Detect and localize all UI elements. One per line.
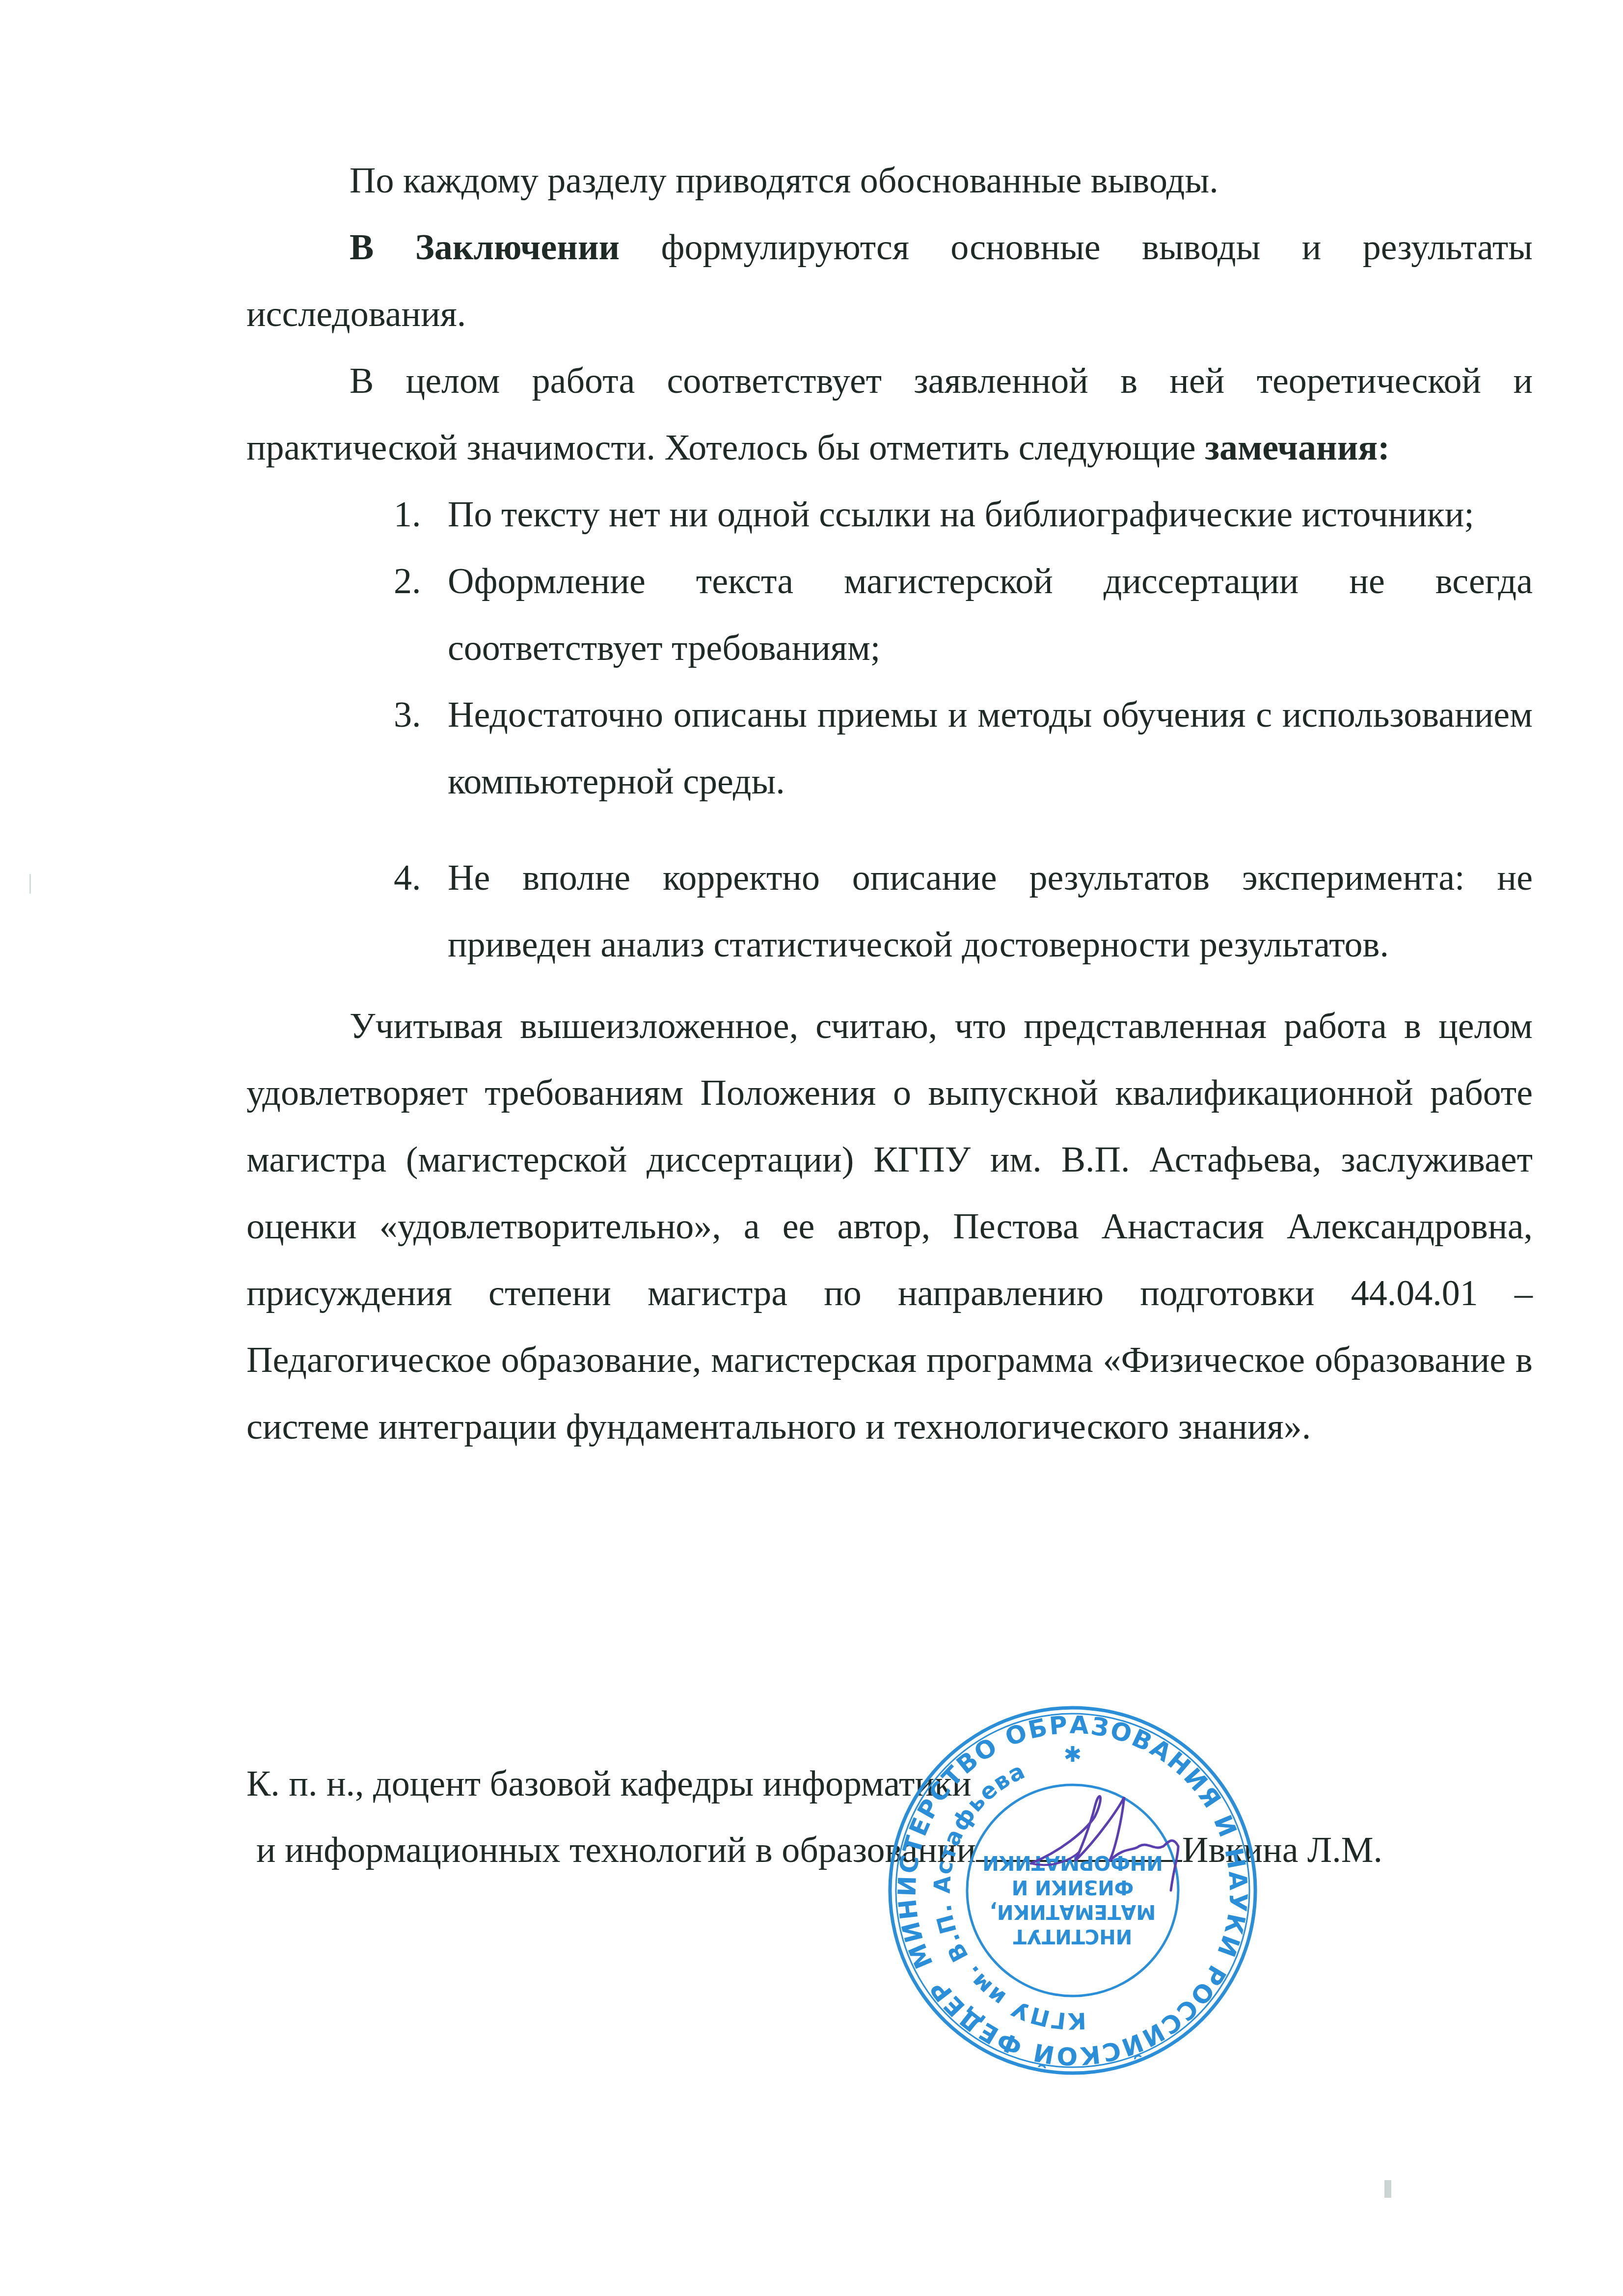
handwritten-signature-icon	[1021, 1777, 1208, 1905]
scan-artifact	[1384, 2180, 1391, 2198]
list-number: 3.	[394, 682, 421, 748]
scanned-page: По каждому разделу приводятся обоснованн…	[0, 0, 1623, 2296]
signature-text: и информационных технологий в образовани…	[256, 1830, 976, 1870]
list-item: 2.Оформление текста магистерской диссерт…	[246, 548, 1533, 682]
list-item: 3.Недостаточно описаны приемы и методы о…	[246, 682, 1533, 815]
list-item: 4.Не вполне корректно описание результат…	[246, 845, 1533, 978]
list-number: 1.	[394, 481, 421, 548]
svg-text:ИНСТИТУТ: ИНСТИТУТ	[1013, 1925, 1132, 1947]
paragraph-text: По каждому разделу приводятся обоснованн…	[350, 161, 1218, 201]
list-text: Недостаточно описаны приемы и методы обу…	[448, 695, 1533, 802]
list-number: 4.	[394, 845, 421, 911]
bold-term: В Заключении	[350, 227, 620, 268]
scan-artifact	[29, 874, 31, 894]
remarks-list: 1.По тексту нет ни одной ссылки на библи…	[246, 481, 1533, 978]
svg-text:✱: ✱	[1064, 1742, 1082, 1767]
signature-text: К. п. н., доцент базовой кафедры информа…	[246, 1764, 972, 1804]
signature-title-line1: К. п. н., доцент базовой кафедры информа…	[246, 1750, 972, 1817]
review-body: По каждому разделу приводятся обоснованн…	[246, 147, 1533, 1460]
paragraph-text: Учитывая вышеизложенное, считаю, что пре…	[246, 1006, 1533, 1447]
list-number: 2.	[394, 548, 421, 615]
list-text: По тексту нет ни одной ссылки на библиог…	[448, 494, 1474, 535]
list-item: 1.По тексту нет ни одной ссылки на библи…	[246, 481, 1533, 548]
paragraph-final-verdict: Учитывая вышеизложенное, считаю, что пре…	[246, 993, 1533, 1460]
list-text: Не вполне корректно описание результатов…	[448, 858, 1533, 965]
bold-term: замечания:	[1205, 428, 1390, 468]
list-text: Оформление текста магистерской диссертац…	[448, 561, 1533, 668]
paragraph-overall-assessment: В целом работа соответствует заявленной …	[246, 348, 1533, 481]
paragraph-conclusion-summary: В Заключении формулируются основные выво…	[246, 214, 1533, 348]
paragraph-section-conclusions: По каждому разделу приводятся обоснованн…	[246, 147, 1533, 214]
